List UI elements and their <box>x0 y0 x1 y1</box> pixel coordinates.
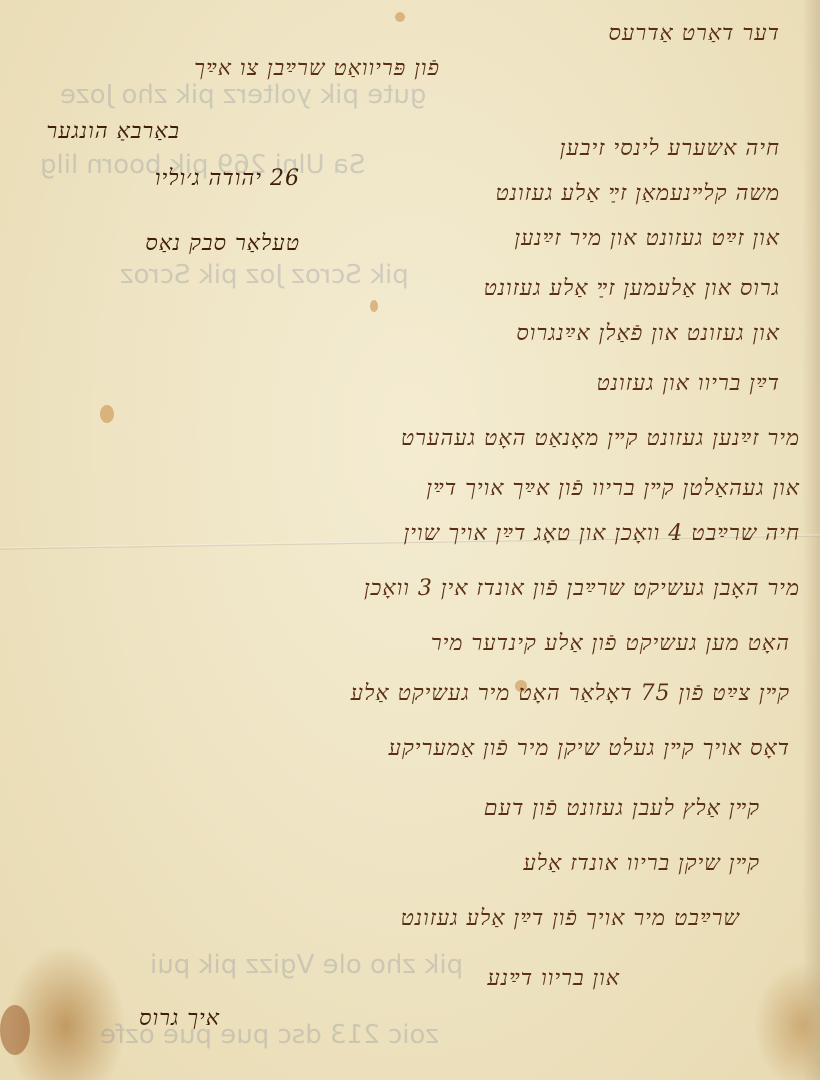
letter-page: gute pik yolterz pik zho Joze Sa Ulni 26… <box>0 0 820 1080</box>
ink-bleed-through: pik zho ole Vgizz pik pui <box>150 950 463 980</box>
body-line: און געהאַלטן קײן בריוו פֿון אײַך אויך דײ… <box>426 475 800 501</box>
foxing-stain <box>100 405 114 423</box>
body-line: און זײַט געזונט און מיר זײַנען <box>514 225 780 251</box>
body-line: האָט מען געשיקט פֿון אַלע קינדער מיר <box>431 630 790 656</box>
address-line: באַרבאַ הונגער <box>46 118 180 144</box>
body-line: און געזונט און פֿאַלן אײַנגרוס <box>516 320 780 346</box>
body-line: מיר זײַנען געזונט קײן מאָנאַט האָט געהער… <box>401 425 800 451</box>
header-line: דער דאַרט אַדרעס <box>608 20 780 46</box>
body-line: חיה שרײַבט 4 וואָכן און טאָג דײַן אויך ש… <box>404 520 800 546</box>
foxing-stain <box>370 300 378 312</box>
foxing-stain <box>0 1005 30 1055</box>
body-line: חיה אשערע לינסי זיבען <box>560 135 780 161</box>
address-line: 26 יהודה ג׳וליו <box>155 165 300 191</box>
ink-bleed-through: gute pik yolterz pik zho Joze <box>60 80 426 110</box>
signature-line: איך גרוס <box>139 1005 220 1031</box>
foxing-stain <box>395 12 405 22</box>
body-line: גרוס און אַלעמען זײַ אַלע געזונט <box>484 275 780 301</box>
body-line: קײן אַלץ לעבן געזונט פֿון דעם <box>484 795 760 821</box>
address-line: טעלאַר סבק נאַס <box>145 230 300 256</box>
header-line: פֿון פּריוואַט שרײַבן צו אײַך <box>194 55 440 81</box>
body-line: קײן שיקן בריוו אונדז אַלע <box>523 850 760 876</box>
body-line: און בריוו דײַנע <box>487 965 620 991</box>
ink-bleed-through: pik Scroz Joz pik Scroz <box>120 260 409 290</box>
body-line: דײַן בריוו און געזונט <box>597 370 781 396</box>
body-line: משה קלײנעמאַן זײַ אַלע געזונט <box>496 180 781 206</box>
body-line: מיר האָבן געשיקט שרײַבן פֿון אונדז אין 3… <box>364 575 800 601</box>
body-line: קײן צײַט פֿון 75 דאָלאַר האָט מיר געשיקט… <box>351 680 790 706</box>
body-line: דאָס אויך קײן געלט שיקן מיר פֿון אַמעריק… <box>389 735 790 761</box>
body-line: שרײַבט מיר אויך פֿון דײַן אַלע געזונט <box>401 905 740 931</box>
paper-edge <box>802 0 820 1080</box>
